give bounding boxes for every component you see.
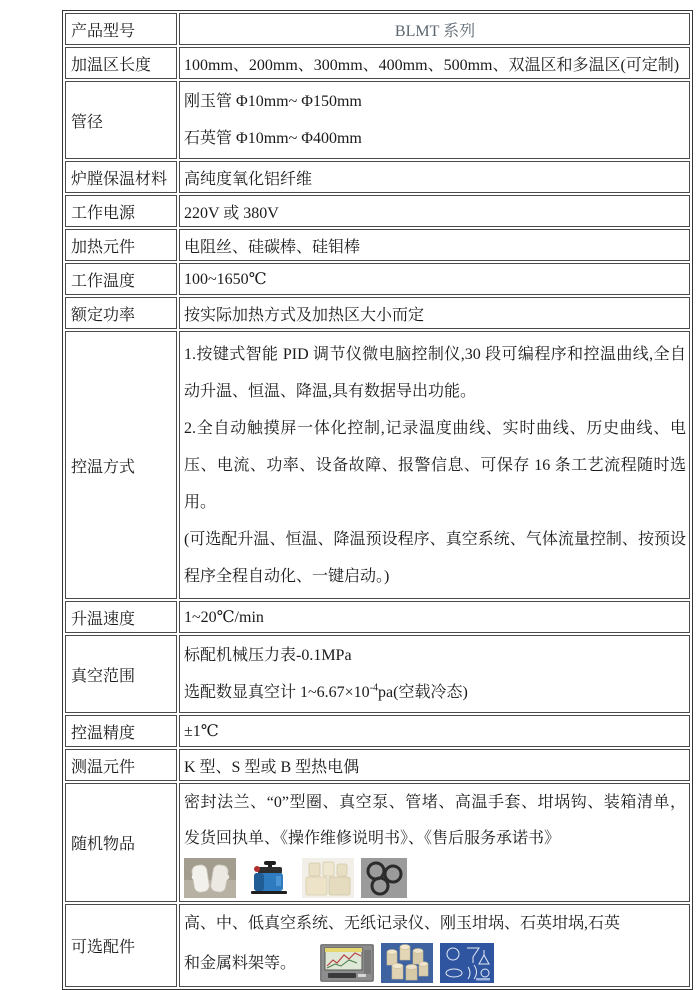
table-row: 随机物品 密封法兰、“0”型圈、真空泵、管堵、高温手套、坩埚钩、装箱清单，发货回…	[65, 783, 690, 902]
temp-control-value: 1.按键式智能 PID 调节仪微电脑控制仪,30 段可编程序和控温曲线,全自动升…	[179, 331, 690, 599]
table-row: 控温方式 1.按键式智能 PID 调节仪微电脑控制仪,30 段可编程序和控温曲线…	[65, 331, 690, 599]
power-supply-value: 220V 或 380V	[179, 195, 690, 227]
corundum-crucibles-photo	[381, 943, 433, 983]
row-label-heating-rate: 升温速度	[65, 601, 177, 633]
row-label-included-items: 随机物品	[65, 783, 177, 902]
control-accuracy-value: ±1℃	[179, 715, 690, 747]
zone-length-value: 100mm、200mm、300mm、400mm、500mm、双温区和多温区(可定…	[179, 47, 690, 79]
temp-control-para2: 2.全自动触摸屏一体化控制,记录温度曲线、实时曲线、历史曲线、电压、电流、功率、…	[184, 410, 686, 521]
optional-parts-value: 高、中、低真空系统、无纸记录仪、刚玉坩埚、石英坩埚,石英 和金属料架等。	[179, 904, 690, 987]
vacuum-pump-photo	[243, 858, 295, 898]
tube-diameter-line1: 刚玉管 Φ10mm~ Φ150mm	[184, 83, 686, 120]
row-label-working-temp: 工作温度	[65, 263, 177, 295]
included-items-value: 密封法兰、“0”型圈、真空泵、管堵、高温手套、坩埚钩、装箱清单，发货回执单、《操…	[179, 783, 690, 902]
heating-rate-value: 1~20℃/min	[179, 601, 690, 633]
vacuum-range-line2: 选配数显真空计 1~6.67×10-4pa(空载冷态)	[184, 674, 686, 711]
row-label-insulation: 炉膛保温材料	[65, 161, 177, 193]
table-row: 管径 刚玉管 Φ10mm~ Φ150mm 石英管 Φ10mm~ Φ400mm	[65, 81, 690, 159]
row-label-optional-parts: 可选配件	[65, 904, 177, 987]
temp-control-para3: (可选配升温、恒温、降温预设程序、真空系统、气体流量控制、按预设程序全程自动化、…	[184, 521, 686, 595]
table-row: 测温元件 K 型、S 型或 B 型热电偶	[65, 749, 690, 781]
insulation-value: 高纯度氧化铝纤维	[179, 161, 690, 193]
vacuum-range-line1: 标配机械压力表-0.1MPa	[184, 637, 686, 674]
optional-parts-line1: 高、中、低真空系统、无纸记录仪、刚玉坩埚、石英坩埚,石英	[184, 906, 686, 942]
optional-parts-line2-row: 和金属料架等。	[184, 942, 686, 985]
row-label-control-accuracy: 控温精度	[65, 715, 177, 747]
table-row: 加热元件 电阻丝、硅碳棒、硅钼棒	[65, 229, 690, 261]
row-label-zone-length: 加温区长度	[65, 47, 177, 79]
table-row: 工作电源 220V 或 380V	[65, 195, 690, 227]
white-gloves-photo	[184, 858, 236, 898]
tube-diameter-line2: 石英管 Φ10mm~ Φ400mm	[184, 120, 686, 157]
included-items-images	[184, 858, 686, 898]
series-value: BLMT 系列	[179, 13, 690, 45]
vacuum-range-value: 标配机械压力表-0.1MPa 选配数显真空计 1~6.67×10-4pa(空载冷…	[179, 635, 690, 713]
table-row: 工作温度 100~1650℃	[65, 263, 690, 295]
heating-element-value: 电阻丝、硅碳棒、硅钼棒	[179, 229, 690, 261]
working-temp-value: 100~1650℃	[179, 263, 690, 295]
o-rings-photo	[361, 858, 407, 898]
rated-power-value: 按实际加热方式及加热区大小而定	[179, 297, 690, 329]
table-row: 产品型号 BLMT 系列	[65, 13, 690, 45]
table-row: 控温精度 ±1℃	[65, 715, 690, 747]
row-label-power-supply: 工作电源	[65, 195, 177, 227]
optional-parts-images	[320, 943, 494, 983]
row-label-vacuum-range: 真空范围	[65, 635, 177, 713]
paperless-recorder-photo	[320, 944, 374, 982]
vacuum-line2-post: pa(空载冷态)	[378, 684, 468, 701]
row-label-model: 产品型号	[65, 13, 177, 45]
row-label-tube-diameter: 管径	[65, 81, 177, 159]
ceramic-plugs-photo	[302, 858, 354, 898]
row-label-rated-power: 额定功率	[65, 297, 177, 329]
table-row: 炉膛保温材料 高纯度氧化铝纤维	[65, 161, 690, 193]
product-spec-table: 产品型号 BLMT 系列 加温区长度 100mm、200mm、300mm、400…	[62, 10, 693, 990]
tube-diameter-value: 刚玉管 Φ10mm~ Φ150mm 石英管 Φ10mm~ Φ400mm	[179, 81, 690, 159]
table-row: 升温速度 1~20℃/min	[65, 601, 690, 633]
optional-parts-line2: 和金属料架等。	[184, 946, 296, 982]
quartz-metal-racks-photo	[440, 943, 494, 983]
table-row: 真空范围 标配机械压力表-0.1MPa 选配数显真空计 1~6.67×10-4p…	[65, 635, 690, 713]
row-label-heating-element: 加热元件	[65, 229, 177, 261]
included-items-text: 密封法兰、“0”型圈、真空泵、管堵、高温手套、坩埚钩、装箱清单，发货回执单、《操…	[184, 785, 686, 857]
vacuum-line2-superscript: -4	[370, 683, 378, 694]
table-row: 额定功率 按实际加热方式及加热区大小而定	[65, 297, 690, 329]
table-row: 加温区长度 100mm、200mm、300mm、400mm、500mm、双温区和…	[65, 47, 690, 79]
vacuum-line2-pre: 选配数显真空计 1~6.67×10	[184, 684, 370, 701]
table-row: 可选配件 高、中、低真空系统、无纸记录仪、刚玉坩埚、石英坩埚,石英 和金属料架等…	[65, 904, 690, 987]
row-label-thermocouple: 测温元件	[65, 749, 177, 781]
thermocouple-value: K 型、S 型或 B 型热电偶	[179, 749, 690, 781]
temp-control-para1: 1.按键式智能 PID 调节仪微电脑控制仪,30 段可编程序和控温曲线,全自动升…	[184, 336, 686, 410]
row-label-temp-control: 控温方式	[65, 331, 177, 599]
